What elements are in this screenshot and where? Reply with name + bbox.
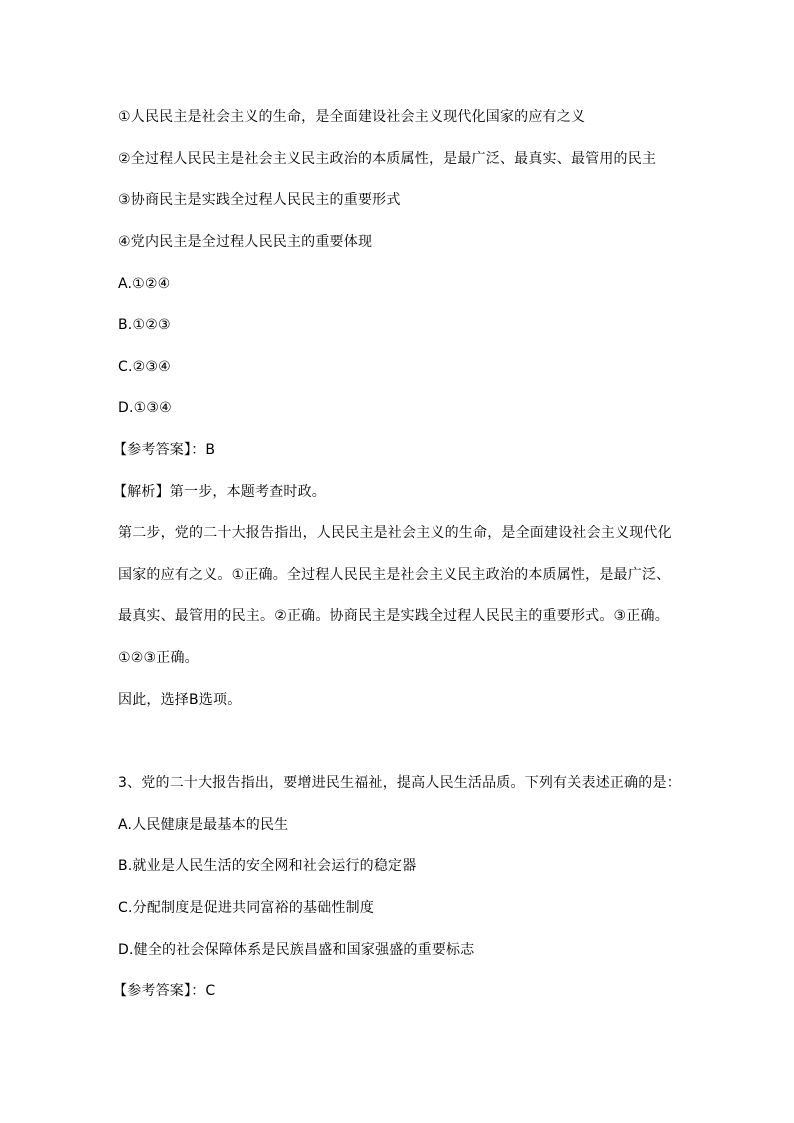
analysis-line: 国家的应有之义。①正确。全过程人民民主是社会主义民主政治的本质属性，是最广泛、 <box>118 567 670 583</box>
q3-option-c: C.分配制度是促进共同富裕的基础性制度 <box>118 900 374 916</box>
option-d: D.①③④ <box>118 400 172 416</box>
q3-option-b: B.就业是人民生活的安全网和社会运行的稳定器 <box>118 858 416 874</box>
statement-4: ④党内民主是全过程人民民主的重要体现 <box>118 234 372 250</box>
option-b: B.①②③ <box>118 317 171 333</box>
reference-answer: 【参考答案】：B <box>113 442 215 458</box>
statement-1: ①人民民主是社会主义的生命，是全面建设社会主义现代化国家的应有之义 <box>118 109 585 125</box>
q3-reference-answer: 【参考答案】：C <box>113 983 215 999</box>
option-c: C.②③④ <box>118 359 171 375</box>
q3-option-a: A.人民健康是最基本的民生 <box>118 817 288 833</box>
document-page: ①人民民主是社会主义的生命，是全面建设社会主义现代化国家的应有之义 ②全过程人民… <box>0 0 794 1123</box>
analysis-line: 最真实、最管用的民主。②正确。协商民主是实践全过程人民民主的重要形式。③正确。 <box>118 608 669 624</box>
option-a: A.①②④ <box>118 276 170 292</box>
statement-3: ③协商民主是实践全过程人民民主的重要形式 <box>118 192 401 208</box>
q3-option-d: D.健全的社会保障体系是民族昌盛和国家强盛的重要标志 <box>118 942 474 958</box>
analysis-line: ①②③正确。 <box>118 650 199 666</box>
question-3-stem: 3、党的二十大报告指出，要增进民生福祉，提高人民生活品质。下列有关表述正确的是： <box>118 775 681 791</box>
analysis-heading: 【解析】第一步，本题考查时政。 <box>113 484 326 500</box>
analysis-line: 第二步，党的二十大报告指出，人民民主是社会主义的生命，是全面建设社会主义现代化 <box>118 525 672 541</box>
statement-2: ②全过程人民民主是社会主义民主政治的本质属性，是最广泛、最真实、最管用的民主 <box>118 151 656 167</box>
analysis-conclusion: 因此，选择B选项。 <box>118 692 241 708</box>
